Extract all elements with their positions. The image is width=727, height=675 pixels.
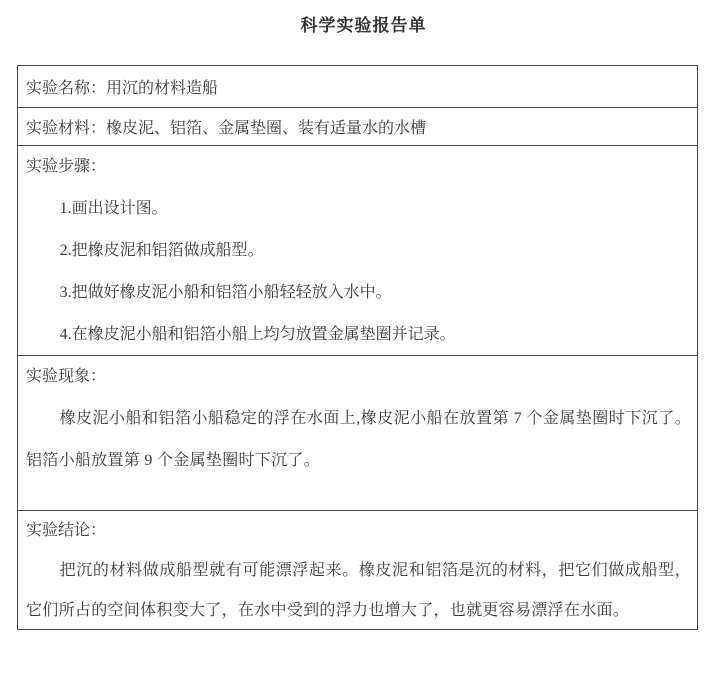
table-row-experiment-conclusion: 实验结论： 把沉的材料做成船型就有可能漂浮起来。橡皮泥和铝箔是沉的材料，把它们做… [18, 511, 697, 629]
experiment-materials-text: 实验材料：橡皮泥、铝箔、金属垫圈、装有适量水的水槽 [26, 115, 426, 138]
step-item-4: 4.在橡皮泥小船和铝箔小船上均匀放置金属垫圈并记录。 [26, 314, 691, 356]
phenomenon-label: 实验现象： [26, 356, 691, 398]
conclusion-label: 实验结论： [26, 511, 691, 551]
conclusion-text: 把沉的材料做成船型就有可能漂浮起来。橡皮泥和铝箔是沉的材料，把它们做成船型，它们… [26, 551, 691, 631]
table-row-experiment-steps: 实验步骤： 1.画出设计图。 2.把橡皮泥和铝箔做成船型。 3.把做好橡皮泥小船… [18, 146, 697, 356]
table-row-experiment-phenomenon: 实验现象： 橡皮泥小船和铝箔小船稳定的浮在水面上,橡皮泥小船在放置第 7 个金属… [18, 356, 697, 511]
table-row-experiment-name: 实验名称：用沉的材料造船 [18, 66, 697, 108]
step-item-2: 2.把橡皮泥和铝箔做成船型。 [26, 230, 691, 272]
table-row-experiment-materials: 实验材料：橡皮泥、铝箔、金属垫圈、装有适量水的水槽 [18, 108, 697, 146]
step-item-1: 1.画出设计图。 [26, 188, 691, 230]
phenomenon-text: 橡皮泥小船和铝箔小船稳定的浮在水面上,橡皮泥小船在放置第 7 个金属垫圈时下沉了… [26, 398, 691, 482]
experiment-name-text: 实验名称：用沉的材料造船 [26, 75, 218, 98]
experiment-report-table: 实验名称：用沉的材料造船 实验材料：橡皮泥、铝箔、金属垫圈、装有适量水的水槽 实… [17, 65, 698, 630]
report-page: 科学实验报告单 实验名称：用沉的材料造船 实验材料：橡皮泥、铝箔、金属垫圈、装有… [0, 0, 727, 675]
step-item-3: 3.把做好橡皮泥小船和铝箔小船轻轻放入水中。 [26, 272, 691, 314]
page-title: 科学实验报告单 [0, 0, 727, 36]
steps-label: 实验步骤： [26, 146, 691, 188]
